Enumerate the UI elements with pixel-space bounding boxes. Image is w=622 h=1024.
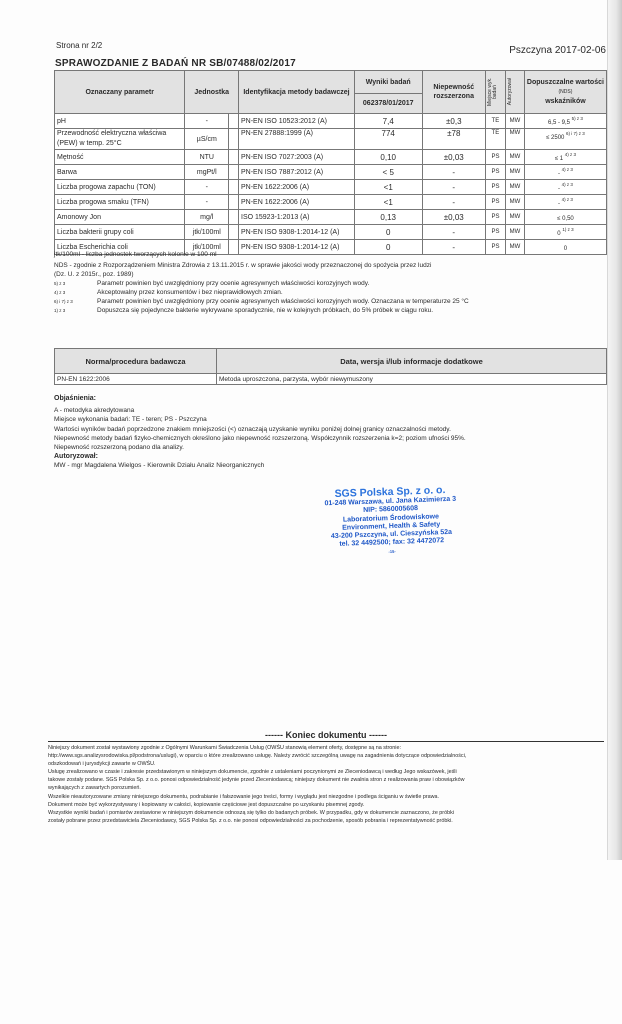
unit-cell: mgPt/l (185, 165, 229, 180)
parameter-cell-text: Przewodność elektryczna właściwa (PEW) w… (57, 130, 166, 147)
unit-cell: - (185, 180, 229, 195)
legal-line: Niniejszy dokument został wystawiony zgo… (48, 744, 608, 752)
spacer-cell (229, 165, 239, 180)
legal-notice: Niniejszy dokument został wystawiony zgo… (48, 744, 608, 825)
limit-cell-text: ≤ 2500 (546, 135, 564, 141)
unit-cell-text: - (206, 199, 208, 206)
method-cell: PN-EN ISO 9308-1:2014-12 (A) (239, 225, 355, 240)
auth-cell: MW (505, 114, 524, 129)
limit-cell: - 4) z 3 (524, 165, 606, 180)
auth-cell-text: MW (510, 154, 521, 160)
explanation-line: Niepewność rozszerzoną podano dla analiz… (54, 443, 466, 452)
unit-cell-text: NTU (200, 154, 214, 161)
legal-line: Wszelkie nieautoryzowane zmiany niniejsz… (48, 793, 608, 801)
header-place: Miejsce wyk. badań (485, 71, 505, 114)
spacer-cell (229, 129, 239, 150)
limit-cell-text: - (558, 171, 560, 177)
auth-cell-text: MW (510, 244, 521, 250)
spacer-cell (229, 195, 239, 210)
method-cell: ISO 15923-1:2013 (A) (239, 210, 355, 225)
limit-cell-text: ≤ 1 (555, 156, 563, 162)
limit-cell: ≤ 0,50 (524, 210, 606, 225)
uncertainty-cell-text: - (452, 168, 455, 177)
header-authorized: Autoryzował (505, 71, 524, 114)
place-cell: PS (485, 225, 505, 240)
norm-header-standard: Norma/procedura badawcza (55, 349, 217, 374)
table-row: Amonowy Jonmg/lISO 15923-1:2013 (A)0,13±… (55, 210, 607, 225)
parameter-cell-text: Amonowy Jon (57, 214, 101, 221)
limit-footnote: 4) z 3 (565, 152, 576, 157)
auth-cell-text: MW (510, 118, 521, 124)
table-row: Liczba progowa smaku (TFN)-PN-EN 1622:20… (55, 195, 607, 210)
footnote-text: Dopuszcza się pojedyncze bakterie wykryw… (97, 306, 433, 315)
footnote-text: Parametr powinien być uwzględniony przy … (97, 279, 369, 288)
nds-reference: (Dz. U. z 2015r., poz. 1989) (54, 270, 610, 279)
auth-cell: MW (505, 210, 524, 225)
header-uncertainty: Niepewność rozszerzona (422, 71, 485, 114)
method-cell-text: PN-EN ISO 10523:2012 (A) (241, 118, 327, 125)
place-cell-text: PS (491, 169, 499, 175)
result-cell-text: 774 (382, 129, 395, 138)
unit-cell: mg/l (185, 210, 229, 225)
method-cell: PN-EN 1622:2006 (A) (239, 180, 355, 195)
notes-section: jtk/100ml - liczba jednostek tworzących … (54, 250, 610, 315)
result-cell: 7,4 (354, 114, 422, 129)
spacer-cell (229, 225, 239, 240)
footnote-text: Parametr powinien być uwzględniony przy … (97, 297, 469, 306)
spacer-cell (229, 150, 239, 165)
place-cell-text: PS (491, 184, 499, 190)
table-row: Liczba bakterii grupy colijtk/100mlPN-EN… (55, 225, 607, 240)
footer-divider (48, 741, 604, 742)
authorized-title: Autoryzował: (54, 453, 98, 460)
parameter-cell: Przewodność elektryczna właściwa (PEW) w… (55, 129, 185, 150)
parameter-cell-text: pH (57, 118, 66, 125)
header-method: Identyfikacja metody badawczej (239, 71, 355, 114)
unit-cell-text: - (206, 118, 208, 125)
method-cell-text: PN-EN ISO 7027:2003 (A) (241, 154, 323, 161)
limit-cell: ≤ 2500 6) i 7) z 3 (524, 129, 606, 150)
place-cell-text: TE (492, 118, 500, 124)
norm-standard: PN-EN 1622:2006 (55, 374, 217, 385)
result-cell: 0,10 (354, 150, 422, 165)
unit-cell-text: mgPt/l (197, 169, 217, 176)
result-cell: <1 (354, 180, 422, 195)
footnote-key: 1) z 3 (54, 306, 97, 315)
parameter-cell: Barwa (55, 165, 185, 180)
limit-footnote: 6) i 7) z 3 (566, 131, 585, 136)
limit-cell-text: 0 (557, 231, 560, 237)
uncertainty-cell-text: - (452, 228, 455, 237)
header-place-label: Miejsce wyk. badań (488, 71, 498, 113)
unit-cell-text: µS/cm (197, 136, 217, 143)
explanation-line: A - metodyka akredytowana (54, 406, 466, 415)
footnote: 6) i 7) z 3Parametr powinien być uwzględ… (54, 297, 610, 306)
place-cell: TE (485, 129, 505, 150)
limit-cell-text: 6,5 - 9,5 (548, 120, 570, 126)
explanations-title: Objaśnienia: (54, 395, 96, 402)
parameter-cell: Amonowy Jon (55, 210, 185, 225)
parameter-cell-text: Liczba bakterii grupy coli (57, 229, 134, 236)
parameter-cell: pH (55, 114, 185, 129)
uncertainty-cell: ±78 (422, 129, 485, 150)
spacer-cell (229, 180, 239, 195)
result-cell: 0 (354, 225, 422, 240)
results-table: Oznaczany parametr Jednostka Identyfikac… (54, 70, 607, 255)
limit-footnote: 4) z 3 (562, 197, 573, 202)
method-cell-text: ISO 15923-1:2013 (A) (241, 214, 310, 221)
footnote: 5) z 3Parametr powinien być uwzględniony… (54, 279, 610, 288)
result-cell: 774 (354, 129, 422, 150)
spacer-cell (229, 210, 239, 225)
explanations-section: Objaśnienia: A - metodyka akredytowanaMi… (54, 394, 466, 471)
unit-cell-text: mg/l (200, 214, 213, 221)
table-row: Liczba progowa zapachu (TON)-PN-EN 1622:… (55, 180, 607, 195)
result-cell-text: 7,4 (383, 117, 394, 126)
end-of-document: ------ Koniec dokumentu ------ (48, 730, 604, 740)
auth-cell-text: MW (510, 199, 521, 205)
explanation-line: Wartości wyników badań poprzedzone znaki… (54, 425, 466, 434)
place-cell-text: PS (491, 199, 499, 205)
header-unit: Jednostka (185, 71, 239, 114)
unit-cell-text: - (206, 184, 208, 191)
method-cell: PN-EN ISO 10523:2012 (A) (239, 114, 355, 129)
result-cell-text: 0,13 (380, 213, 396, 222)
result-cell-text: <1 (384, 183, 393, 192)
auth-cell-text: MW (510, 169, 521, 175)
header-limits-label: Dopuszczalne wartości (527, 79, 604, 86)
limit-footnote: 4) z 3 (562, 182, 573, 187)
explanation-line: Niepewność metody badań fizyko-chemiczny… (54, 434, 466, 443)
parameter-cell: Liczba progowa smaku (TFN) (55, 195, 185, 210)
result-cell: 0,13 (354, 210, 422, 225)
parameter-cell: Liczba bakterii grupy coli (55, 225, 185, 240)
uncertainty-cell: ±0,3 (422, 114, 485, 129)
header-results: Wyniki badań (354, 71, 422, 94)
unit-cell: µS/cm (185, 129, 229, 150)
legal-line: odszkodowań i jurysdykcji zawarte w OWŚU… (48, 760, 608, 768)
parameter-cell-text: Mętność (57, 154, 83, 161)
auth-cell: MW (505, 150, 524, 165)
method-cell-text: PN-EN 1622:2006 (A) (241, 199, 309, 206)
uncertainty-cell-text: ±0,03 (444, 213, 464, 222)
parameter-cell-text: Liczba progowa zapachu (TON) (57, 184, 156, 191)
legal-line: Dokument może być wykorzystywany i kopio… (48, 801, 608, 809)
auth-cell-text: MW (510, 184, 521, 190)
table-row: Przewodność elektryczna właściwa (PEW) w… (55, 129, 607, 150)
place-cell-text: PS (491, 244, 499, 250)
footnote-key: 5) z 3 (54, 279, 97, 288)
legal-line: Usługę zrealizowano w czasie i zakresie … (48, 768, 608, 776)
place-cell: TE (485, 114, 505, 129)
method-cell: PN-EN 27888:1999 (A) (239, 129, 355, 150)
parameter-cell-text: Liczba progowa smaku (TFN) (57, 199, 149, 206)
auth-cell: MW (505, 180, 524, 195)
result-cell-text: < 5 (383, 168, 394, 177)
legal-line: wynikających z zawartych porozumień. (48, 784, 608, 792)
auth-cell-text: MW (510, 229, 521, 235)
place-cell-text: PS (491, 154, 499, 160)
table-row: MętnośćNTUPN-EN ISO 7027:2003 (A)0,10±0,… (55, 150, 607, 165)
unit-cell: jtk/100ml (185, 225, 229, 240)
norm-table: Norma/procedura badawcza Data, wersja i/… (54, 348, 607, 385)
limit-cell: 6,5 - 9,5 5) z 3 (524, 114, 606, 129)
result-cell-text: 0,10 (380, 153, 396, 162)
uncertainty-cell: - (422, 165, 485, 180)
explanation-line: Miejsce wykonania badań: TE - teren; PS … (54, 415, 466, 424)
limit-cell: - 4) z 3 (524, 180, 606, 195)
norm-header-info: Data, wersja i/lub informacje dodatkowe (217, 349, 607, 374)
auth-cell: MW (505, 195, 524, 210)
legal-line: http://www.sgs.analizysrodowiska.pl/pods… (48, 752, 608, 760)
parameter-cell: Mętność (55, 150, 185, 165)
legal-line: Wszystkie wyniki badań i pomiarów zestaw… (48, 809, 608, 817)
legal-line: takowe zostały podane. SGS Polska Sp. z … (48, 776, 608, 784)
place-cell: PS (485, 210, 505, 225)
uncertainty-cell-text: ±78 (447, 129, 460, 138)
report-title: SPRAWOZDANIE Z BADAŃ NR SB/07488/02/2017 (55, 58, 296, 69)
limit-cell-text: - (558, 186, 560, 192)
parameter-cell-text: Barwa (57, 169, 77, 176)
limit-cell: - 4) z 3 (524, 195, 606, 210)
unit-cell: NTU (185, 150, 229, 165)
spacer-cell (229, 114, 239, 129)
method-cell: PN-EN ISO 7887:2012 (A) (239, 165, 355, 180)
limit-cell: ≤ 1 4) z 3 (524, 150, 606, 165)
uncertainty-cell-text: - (452, 183, 455, 192)
limit-cell-text: ≤ 0,50 (557, 216, 574, 222)
place-cell: PS (485, 165, 505, 180)
unit-cell: - (185, 114, 229, 129)
limit-cell: 0 1) z 3 (524, 225, 606, 240)
method-cell-text: PN-EN ISO 9308-1:2014-12 (A) (241, 229, 339, 236)
footnote-key: 4) z 3 (54, 288, 97, 297)
method-cell: PN-EN 1622:2006 (A) (239, 195, 355, 210)
uncertainty-cell: ±0,03 (422, 150, 485, 165)
header-limits: Dopuszczalne wartości (NDS) wskaźników (524, 71, 606, 114)
footnote: 4) z 3Akceptowalny przez konsumentów i b… (54, 288, 610, 297)
limit-footnote: 1) z 3 (562, 227, 573, 232)
scan-page-edge (607, 0, 622, 860)
place-cell: PS (485, 195, 505, 210)
table-row: pH-PN-EN ISO 10523:2012 (A)7,4±0,3TEMW6,… (55, 114, 607, 129)
place-cell-text: PS (491, 229, 499, 235)
auth-cell-text: MW (510, 130, 521, 136)
method-cell-text: PN-EN 27888:1999 (A) (241, 130, 313, 137)
uncertainty-cell: ±0,03 (422, 210, 485, 225)
footnote: 1) z 3Dopuszcza się pojedyncze bakterie … (54, 306, 610, 315)
uncertainty-cell-text: - (452, 198, 455, 207)
limit-footnote: 5) z 3 (572, 116, 583, 121)
result-cell: <1 (354, 195, 422, 210)
header-sample-id: 062378/01/2017 (354, 94, 422, 114)
page-number: Strona nr 2/2 (56, 41, 102, 50)
table-row: BarwamgPt/lPN-EN ISO 7887:2012 (A)< 5-PS… (55, 165, 607, 180)
unit-cell-text: jtk/100ml (193, 229, 221, 236)
method-cell: PN-EN ISO 7027:2003 (A) (239, 150, 355, 165)
limit-footnote: 4) z 3 (562, 167, 573, 172)
uncertainty-cell: - (422, 180, 485, 195)
auth-cell-text: MW (510, 214, 521, 220)
place-date: Pszczyna 2017-02-06 (509, 45, 606, 56)
place-cell: PS (485, 180, 505, 195)
footnote-text: Akceptowalny przez konsumentów i bez nie… (97, 288, 283, 297)
uncertainty-cell: - (422, 225, 485, 240)
limit-cell-text: - (558, 201, 560, 207)
authorized-by: MW - mgr Magdalena Wielgos - Kierownik D… (54, 461, 466, 470)
place-cell-text: TE (492, 130, 500, 136)
table-row: PN-EN 1622:2006 Metoda uproszczona, parz… (55, 374, 607, 385)
nds-note: NDS - zgodnie z Rozporządzeniem Ministra… (54, 261, 610, 270)
auth-cell: MW (505, 129, 524, 150)
place-cell-text: PS (491, 214, 499, 220)
header-authorized-label: Autoryzował (508, 78, 513, 105)
uncertainty-cell-text: ±0,3 (446, 117, 462, 126)
header-parameter: Oznaczany parametr (55, 71, 185, 114)
legal-line: zostały pobrane przez przedstawiciela Zl… (48, 817, 608, 825)
unit-cell: - (185, 195, 229, 210)
place-cell: PS (485, 150, 505, 165)
auth-cell: MW (505, 225, 524, 240)
header-limits-tail: wskaźników (545, 98, 585, 105)
method-cell-text: PN-EN ISO 7887:2012 (A) (241, 169, 323, 176)
footnote-key: 6) i 7) z 3 (54, 297, 97, 306)
method-cell-text: PN-EN 1622:2006 (A) (241, 184, 309, 191)
jtk-note: jtk/100ml - liczba jednostek tworzących … (54, 250, 610, 259)
result-cell-text: 0 (386, 228, 390, 237)
uncertainty-cell-text: ±0,03 (444, 153, 464, 162)
parameter-cell: Liczba progowa zapachu (TON) (55, 180, 185, 195)
company-stamp: SGS Polska Sp. z o. o.01-248 Warszawa, u… (300, 483, 482, 559)
result-cell: < 5 (354, 165, 422, 180)
uncertainty-cell: - (422, 195, 485, 210)
norm-info: Metoda uproszczona, parzysta, wybór niew… (217, 374, 607, 385)
header-limits-nds: (NDS) (558, 89, 572, 95)
result-cell-text: <1 (384, 198, 393, 207)
auth-cell: MW (505, 165, 524, 180)
